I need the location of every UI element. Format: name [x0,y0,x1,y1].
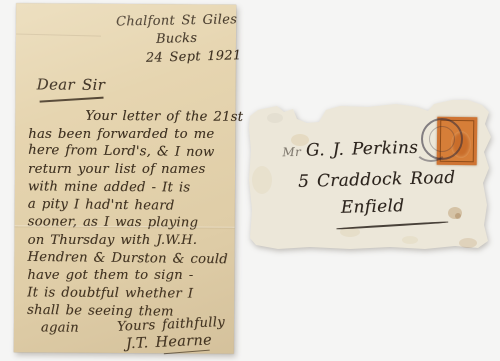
address-line-street: 5 Craddock Road [298,168,456,192]
salutation-underline-flourish [40,97,104,103]
letter-page: Chalfont St Giles Bucks 24 Sept 1921 Dea… [14,3,236,354]
letter-body-line: here from Lord's, & I now [28,142,235,162]
letter-body-line: have got them to sign - [27,267,234,285]
signature-underline-flourish [164,350,210,355]
postmark-arc [414,134,448,162]
letter-body-line: has been forwarded to me [28,126,235,144]
addressee-name: G. J. Perkins [306,138,419,161]
letter-body-line: It is doubtful whether I [27,284,234,303]
paper-crease [16,33,101,36]
addressee-prefix: Mr [282,145,301,159]
letter-signature: J.T. Hearne [126,332,213,352]
letter-heading-county: Bucks [156,31,198,47]
letter-heading-place: Chalfont St Giles [116,12,237,29]
letter-body-line: Hendren & Durston & could [27,248,234,268]
letter-body-line: return your list of names [28,161,235,179]
letter-body-line: with mine added - It is [28,178,235,197]
letter-body-line: Your letter of the 21st [28,107,235,126]
address-underline-flourish [336,221,448,229]
envelope: MrG. J. Perkins 5 Craddock Road Enfield [246,98,494,252]
photo-scene: Chalfont St Giles Bucks 24 Sept 1921 Dea… [0,0,500,361]
letter-body-line: on Thursday with J.W.H. [28,232,235,250]
letter-body-line: sooner, as I was playing [28,214,235,233]
letter-ink-layer: Chalfont St Giles Bucks 24 Sept 1921 Dea… [14,3,236,354]
letter-body: Your letter of the 21sthas been forwarde… [27,107,236,339]
letter-body-line: a pity I had'nt heard [28,195,235,215]
address-line-name: MrG. J. Perkins [282,138,418,162]
letter-salutation: Dear Sir [37,75,106,93]
letter-heading-date: 24 Sept 1921 [146,48,242,66]
address-line-town: Enfield [341,196,405,218]
